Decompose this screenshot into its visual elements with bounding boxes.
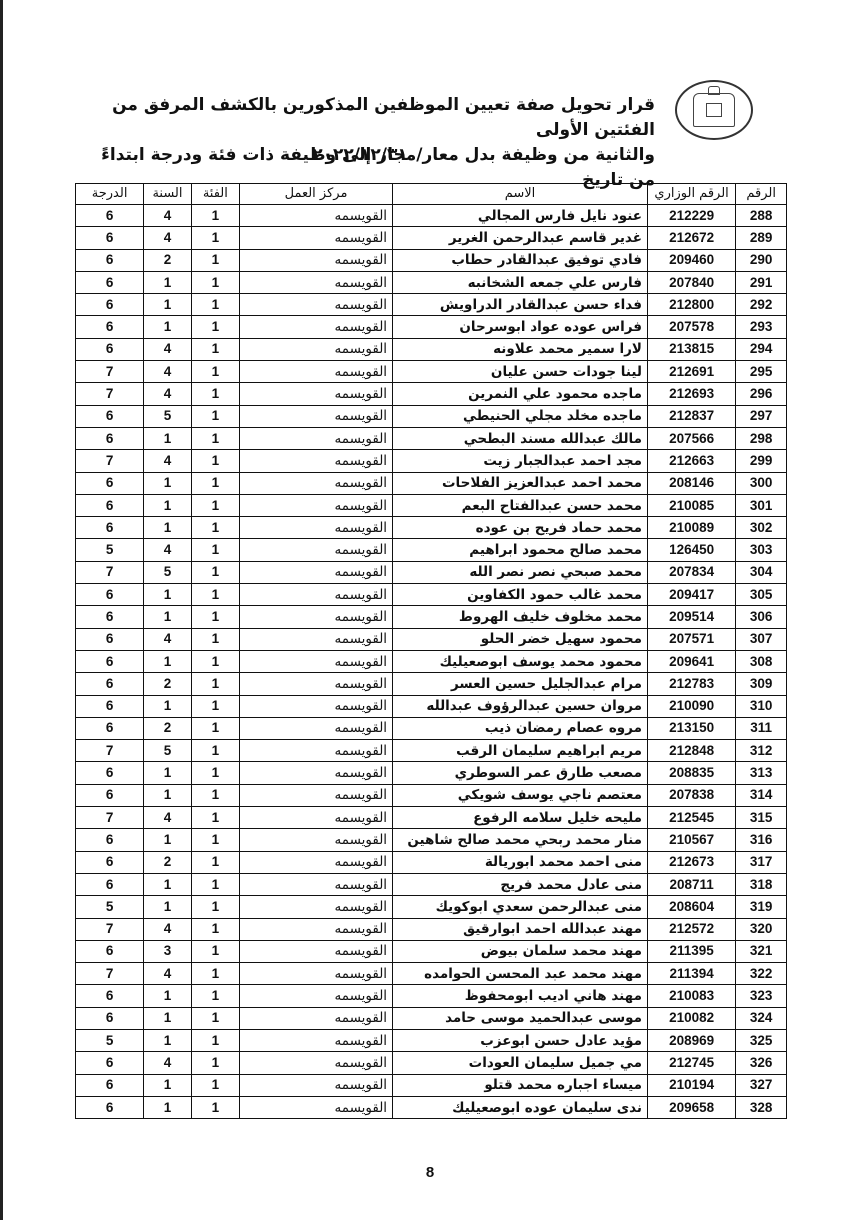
cell-grade: 6 [76, 829, 144, 851]
cell-grade: 6 [76, 205, 144, 227]
cell-index: 299 [736, 450, 787, 472]
cell-ministry-number: 210082 [647, 1007, 735, 1029]
cell-work-center: القويسمه [239, 650, 392, 672]
cell-category: 1 [191, 1052, 239, 1074]
cell-grade: 6 [76, 650, 144, 672]
cell-year: 1 [144, 784, 192, 806]
cell-ministry-number: 208835 [647, 762, 735, 784]
cell-ministry-number: 207840 [647, 271, 735, 293]
cell-grade: 6 [76, 784, 144, 806]
cell-name: محمد حسن عبدالفتاح البعم [393, 494, 648, 516]
cell-work-center: القويسمه [239, 873, 392, 895]
cell-ministry-number: 212848 [647, 740, 735, 762]
cell-grade: 6 [76, 1074, 144, 1096]
cell-index: 298 [736, 427, 787, 449]
cell-work-center: القويسمه [239, 1007, 392, 1029]
cell-grade: 5 [76, 539, 144, 561]
cell-work-center: القويسمه [239, 1052, 392, 1074]
cell-grade: 7 [76, 740, 144, 762]
cell-year: 1 [144, 606, 192, 628]
header-ministry-number: الرقم الوزاري [647, 184, 735, 205]
cell-category: 1 [191, 740, 239, 762]
table-row: 296212693ماجده محمود علي النمرينالقويسمه… [76, 383, 787, 405]
cell-grade: 7 [76, 963, 144, 985]
cell-name: فارس علي جمعه الشخانبه [393, 271, 648, 293]
cell-grade: 6 [76, 227, 144, 249]
cell-ministry-number: 209460 [647, 249, 735, 271]
cell-name: معتصم ناجي يوسف شويكي [393, 784, 648, 806]
cell-category: 1 [191, 539, 239, 561]
cell-year: 1 [144, 427, 192, 449]
cell-ministry-number: 207566 [647, 427, 735, 449]
cell-grade: 6 [76, 584, 144, 606]
cell-work-center: القويسمه [239, 896, 392, 918]
cell-ministry-number: 212673 [647, 851, 735, 873]
cell-name: ندى سليمان عوده ابوصعيليك [393, 1096, 648, 1118]
cell-category: 1 [191, 673, 239, 695]
cell-name: فداء حسن عبدالقادر الدراويش [393, 294, 648, 316]
table-row: 324210082موسى عبدالحميد موسى حامدالقويسم… [76, 1007, 787, 1029]
cell-category: 1 [191, 695, 239, 717]
cell-name: مريم ابراهيم سليمان الرقب [393, 740, 648, 762]
cell-category: 1 [191, 227, 239, 249]
cell-category: 1 [191, 494, 239, 516]
cell-ministry-number: 207834 [647, 561, 735, 583]
cell-year: 4 [144, 539, 192, 561]
cell-name: مروه عصام رمضان ذيب [393, 717, 648, 739]
page-number: 8 [415, 1164, 445, 1181]
cell-grade: 6 [76, 628, 144, 650]
table-row: 318208711منى عادل محمد فريجالقويسمه116 [76, 873, 787, 895]
cell-grade: 6 [76, 494, 144, 516]
cell-work-center: القويسمه [239, 450, 392, 472]
cell-index: 311 [736, 717, 787, 739]
table-row: 311213150مروه عصام رمضان ذيبالقويسمه126 [76, 717, 787, 739]
cell-name: محمود محمد يوسف ابوصعيليك [393, 650, 648, 672]
cell-year: 1 [144, 584, 192, 606]
cell-name: منى عبدالرحمن سعدي ابوكويك [393, 896, 648, 918]
table-row: 291207840فارس علي جمعه الشخانبهالقويسمه1… [76, 271, 787, 293]
cell-index: 323 [736, 985, 787, 1007]
table-row: 297212837ماجده مخلد مجلي الحنيطيالقويسمه… [76, 405, 787, 427]
cell-index: 305 [736, 584, 787, 606]
cell-index: 297 [736, 405, 787, 427]
cell-name: ماجده مخلد مجلي الحنيطي [393, 405, 648, 427]
header-name: الاسم [393, 184, 648, 205]
cell-index: 315 [736, 807, 787, 829]
cell-category: 1 [191, 940, 239, 962]
cell-category: 1 [191, 249, 239, 271]
cell-year: 1 [144, 985, 192, 1007]
title-line-1: قرار تحويل صفة تعيين الموظفين المذكورين … [100, 93, 655, 143]
cell-index: 304 [736, 561, 787, 583]
cell-name: ماجده محمود علي النمرين [393, 383, 648, 405]
cell-name: محمود سهيل خضر الحلو [393, 628, 648, 650]
cell-grade: 6 [76, 695, 144, 717]
cell-index: 293 [736, 316, 787, 338]
table-row: 307207571محمود سهيل خضر الحلوالقويسمه146 [76, 628, 787, 650]
table-row: 294213815لارا سمير محمد علاونهالقويسمه14… [76, 338, 787, 360]
table-row: 319208604منى عبدالرحمن سعدي ابوكويكالقوي… [76, 896, 787, 918]
cell-year: 1 [144, 494, 192, 516]
cell-index: 310 [736, 695, 787, 717]
table-row: 303126450محمد صالح محمود ابراهيمالقويسمه… [76, 539, 787, 561]
cell-index: 306 [736, 606, 787, 628]
cell-index: 288 [736, 205, 787, 227]
cell-year: 1 [144, 873, 192, 895]
cell-year: 1 [144, 650, 192, 672]
cell-grade: 5 [76, 896, 144, 918]
table-header-row: الرقم الرقم الوزاري الاسم مركز العمل الف… [76, 184, 787, 205]
cell-year: 1 [144, 472, 192, 494]
cell-work-center: القويسمه [239, 628, 392, 650]
cell-year: 1 [144, 762, 192, 784]
cell-index: 308 [736, 650, 787, 672]
cell-name: مصعب طارق عمر السوطري [393, 762, 648, 784]
cell-ministry-number: 209514 [647, 606, 735, 628]
table-row: 308209641محمود محمد يوسف ابوصعيليكالقويس… [76, 650, 787, 672]
cell-ministry-number: 212229 [647, 205, 735, 227]
header-category: الفئة [191, 184, 239, 205]
cell-grade: 7 [76, 383, 144, 405]
cell-category: 1 [191, 851, 239, 873]
table-row: 323210083مهند هاني اديب ابومحفوظالقويسمه… [76, 985, 787, 1007]
cell-index: 312 [736, 740, 787, 762]
table-row: 322211394مهند محمد عبد المحسن الحوامدهال… [76, 963, 787, 985]
cell-index: 303 [736, 539, 787, 561]
cell-ministry-number: 212800 [647, 294, 735, 316]
cell-work-center: القويسمه [239, 316, 392, 338]
cell-work-center: القويسمه [239, 472, 392, 494]
cell-year: 4 [144, 205, 192, 227]
cell-category: 1 [191, 271, 239, 293]
cell-name: مروان حسين عبدالرؤوف عبدالله [393, 695, 648, 717]
cell-index: 302 [736, 517, 787, 539]
cell-category: 1 [191, 472, 239, 494]
cell-grade: 6 [76, 338, 144, 360]
cell-index: 300 [736, 472, 787, 494]
cell-ministry-number: 210194 [647, 1074, 735, 1096]
cell-index: 326 [736, 1052, 787, 1074]
cell-ministry-number: 208604 [647, 896, 735, 918]
cell-index: 327 [736, 1074, 787, 1096]
cell-year: 4 [144, 383, 192, 405]
cell-category: 1 [191, 829, 239, 851]
cell-work-center: القويسمه [239, 361, 392, 383]
cell-name: منار محمد ربحي محمد صالح شاهين [393, 829, 648, 851]
table-row: 328209658ندى سليمان عوده ابوصعيليكالقويس… [76, 1096, 787, 1118]
cell-index: 309 [736, 673, 787, 695]
cell-work-center: القويسمه [239, 539, 392, 561]
table-row: 304207834محمد صبحي نصر نصر اللهالقويسمه1… [76, 561, 787, 583]
cell-ministry-number: 212545 [647, 807, 735, 829]
cell-grade: 7 [76, 807, 144, 829]
cell-name: مالك عبدالله مسند البطحي [393, 427, 648, 449]
cell-name: محمد صالح محمود ابراهيم [393, 539, 648, 561]
scan-page-edge [0, 0, 3, 1220]
cell-work-center: القويسمه [239, 584, 392, 606]
cell-name: فراس عوده عواد ابوسرحان [393, 316, 648, 338]
cell-index: 328 [736, 1096, 787, 1118]
table-row: 325208969مؤيد عادل حسن ابوعزبالقويسمه115 [76, 1029, 787, 1051]
cell-category: 1 [191, 205, 239, 227]
cell-name: مي جميل سليمان العودات [393, 1052, 648, 1074]
cell-ministry-number: 213150 [647, 717, 735, 739]
header-work-center: مركز العمل [239, 184, 392, 205]
table-row: 295212691لينا جودات حسن عليانالقويسمه147 [76, 361, 787, 383]
cell-work-center: القويسمه [239, 1074, 392, 1096]
cell-grade: 6 [76, 762, 144, 784]
cell-grade: 6 [76, 717, 144, 739]
cell-category: 1 [191, 873, 239, 895]
cell-grade: 6 [76, 316, 144, 338]
cell-ministry-number: 212572 [647, 918, 735, 940]
cell-ministry-number: 210083 [647, 985, 735, 1007]
cell-grade: 6 [76, 851, 144, 873]
cell-name: مهند محمد سلمان بيوض [393, 940, 648, 962]
cell-work-center: القويسمه [239, 383, 392, 405]
cell-work-center: القويسمه [239, 918, 392, 940]
cell-ministry-number: 212745 [647, 1052, 735, 1074]
cell-grade: 5 [76, 1029, 144, 1051]
table-row: 299212663مجد احمد عبدالجبار زيتالقويسمه1… [76, 450, 787, 472]
cell-name: مليحه خليل سلامه الرفوع [393, 807, 648, 829]
cell-year: 4 [144, 227, 192, 249]
cell-work-center: القويسمه [239, 963, 392, 985]
cell-grade: 7 [76, 561, 144, 583]
cell-ministry-number: 207571 [647, 628, 735, 650]
government-seal-icon [675, 80, 753, 140]
cell-work-center: القويسمه [239, 405, 392, 427]
cell-work-center: القويسمه [239, 695, 392, 717]
cell-work-center: القويسمه [239, 717, 392, 739]
cell-year: 1 [144, 896, 192, 918]
cell-year: 4 [144, 361, 192, 383]
cell-ministry-number: 207578 [647, 316, 735, 338]
cell-index: 292 [736, 294, 787, 316]
cell-grade: 6 [76, 249, 144, 271]
cell-year: 3 [144, 940, 192, 962]
cell-category: 1 [191, 584, 239, 606]
cell-year: 1 [144, 271, 192, 293]
cell-ministry-number: 212693 [647, 383, 735, 405]
cell-work-center: القويسمه [239, 271, 392, 293]
cell-ministry-number: 212783 [647, 673, 735, 695]
table-row: 300208146محمد احمد عبدالعزيز الفلاحاتالق… [76, 472, 787, 494]
cell-grade: 6 [76, 472, 144, 494]
cell-year: 5 [144, 405, 192, 427]
cell-index: 321 [736, 940, 787, 962]
cell-grade: 6 [76, 873, 144, 895]
cell-index: 290 [736, 249, 787, 271]
cell-year: 4 [144, 628, 192, 650]
cell-grade: 6 [76, 271, 144, 293]
cell-work-center: القويسمه [239, 740, 392, 762]
cell-year: 4 [144, 338, 192, 360]
cell-ministry-number: 210567 [647, 829, 735, 851]
cell-category: 1 [191, 294, 239, 316]
cell-ministry-number: 208146 [647, 472, 735, 494]
cell-year: 5 [144, 740, 192, 762]
cell-ministry-number: 210089 [647, 517, 735, 539]
cell-year: 1 [144, 1007, 192, 1029]
document-title: قرار تحويل صفة تعيين الموظفين المذكورين … [100, 93, 655, 193]
cell-grade: 6 [76, 1007, 144, 1029]
cell-index: 318 [736, 873, 787, 895]
cell-work-center: القويسمه [239, 851, 392, 873]
cell-category: 1 [191, 1029, 239, 1051]
cell-work-center: القويسمه [239, 1029, 392, 1051]
table-row: 305209417محمد غالب حمود الكفاوينالقويسمه… [76, 584, 787, 606]
table-row: 327210194ميساء اجباره محمد قتلوالقويسمه1… [76, 1074, 787, 1096]
cell-index: 294 [736, 338, 787, 360]
cell-ministry-number: 126450 [647, 539, 735, 561]
cell-category: 1 [191, 896, 239, 918]
cell-work-center: القويسمه [239, 606, 392, 628]
cell-year: 2 [144, 673, 192, 695]
cell-name: غدير قاسم عبدالرحمن الغرير [393, 227, 648, 249]
cell-grade: 6 [76, 294, 144, 316]
cell-name: منى احمد محمد ابوريالة [393, 851, 648, 873]
cell-category: 1 [191, 985, 239, 1007]
cell-category: 1 [191, 1096, 239, 1118]
cell-category: 1 [191, 338, 239, 360]
cell-category: 1 [191, 918, 239, 940]
cell-name: مجد احمد عبدالجبار زيت [393, 450, 648, 472]
cell-index: 291 [736, 271, 787, 293]
cell-year: 4 [144, 807, 192, 829]
cell-name: عنود نايل فارس المجالي [393, 205, 648, 227]
cell-name: محمد احمد عبدالعزيز الفلاحات [393, 472, 648, 494]
cell-index: 320 [736, 918, 787, 940]
cell-year: 4 [144, 1052, 192, 1074]
cell-grade: 7 [76, 361, 144, 383]
cell-category: 1 [191, 427, 239, 449]
table-row: 302210089محمد حماد فريح بن عودهالقويسمه1… [76, 517, 787, 539]
cell-index: 295 [736, 361, 787, 383]
cell-ministry-number: 211395 [647, 940, 735, 962]
cell-grade: 6 [76, 606, 144, 628]
cell-work-center: القويسمه [239, 427, 392, 449]
cell-grade: 6 [76, 673, 144, 695]
cell-category: 1 [191, 1074, 239, 1096]
cell-index: 313 [736, 762, 787, 784]
table-row: 321211395مهند محمد سلمان بيوضالقويسمه136 [76, 940, 787, 962]
cell-work-center: القويسمه [239, 762, 392, 784]
cell-name: منى عادل محمد فريج [393, 873, 648, 895]
table-row: 298207566مالك عبدالله مسند البطحيالقويسم… [76, 427, 787, 449]
table-row: 292212800فداء حسن عبدالقادر الدراويشالقو… [76, 294, 787, 316]
cell-name: مؤيد عادل حسن ابوعزب [393, 1029, 648, 1051]
cell-work-center: القويسمه [239, 338, 392, 360]
cell-category: 1 [191, 762, 239, 784]
cell-index: 322 [736, 963, 787, 985]
cell-name: فادي توفيق عبدالقادر حطاب [393, 249, 648, 271]
cell-year: 2 [144, 851, 192, 873]
cell-year: 5 [144, 561, 192, 583]
cell-category: 1 [191, 450, 239, 472]
cell-grade: 7 [76, 450, 144, 472]
cell-ministry-number: 212691 [647, 361, 735, 383]
table-row: 288212229عنود نايل فارس المجاليالقويسمه1… [76, 205, 787, 227]
cell-work-center: القويسمه [239, 829, 392, 851]
cell-category: 1 [191, 807, 239, 829]
cell-category: 1 [191, 383, 239, 405]
cell-grade: 6 [76, 985, 144, 1007]
cell-work-center: القويسمه [239, 940, 392, 962]
header-year: السنة [144, 184, 192, 205]
cell-ministry-number: 210090 [647, 695, 735, 717]
cell-year: 1 [144, 1029, 192, 1051]
cell-year: 1 [144, 829, 192, 851]
cell-index: 316 [736, 829, 787, 851]
cell-index: 307 [736, 628, 787, 650]
cell-grade: 6 [76, 427, 144, 449]
employee-table: الرقم الرقم الوزاري الاسم مركز العمل الف… [75, 183, 787, 1119]
cell-work-center: القويسمه [239, 494, 392, 516]
cell-category: 1 [191, 361, 239, 383]
cell-ministry-number: 208711 [647, 873, 735, 895]
cell-name: موسى عبدالحميد موسى حامد [393, 1007, 648, 1029]
cell-category: 1 [191, 784, 239, 806]
cell-year: 1 [144, 695, 192, 717]
cell-name: مهند هاني اديب ابومحفوظ [393, 985, 648, 1007]
cell-index: 317 [736, 851, 787, 873]
cell-ministry-number: 208969 [647, 1029, 735, 1051]
cell-year: 2 [144, 717, 192, 739]
cell-work-center: القويسمه [239, 673, 392, 695]
cell-work-center: القويسمه [239, 294, 392, 316]
cell-category: 1 [191, 561, 239, 583]
cell-index: 301 [736, 494, 787, 516]
cell-ministry-number: 211394 [647, 963, 735, 985]
cell-grade: 7 [76, 918, 144, 940]
cell-name: مهند محمد عبد المحسن الحوامده [393, 963, 648, 985]
cell-ministry-number: 210085 [647, 494, 735, 516]
table-body: 288212229عنود نايل فارس المجاليالقويسمه1… [76, 205, 787, 1119]
cell-index: 314 [736, 784, 787, 806]
cell-index: 319 [736, 896, 787, 918]
cell-year: 4 [144, 918, 192, 940]
cell-category: 1 [191, 963, 239, 985]
cell-name: لارا سمير محمد علاونه [393, 338, 648, 360]
cell-year: 1 [144, 517, 192, 539]
table-row: 320212572مهند عبدالله احمد ابوارقيقالقوي… [76, 918, 787, 940]
cell-index: 325 [736, 1029, 787, 1051]
cell-year: 2 [144, 249, 192, 271]
cell-work-center: القويسمه [239, 807, 392, 829]
cell-ministry-number: 212837 [647, 405, 735, 427]
cell-work-center: القويسمه [239, 561, 392, 583]
cell-work-center: القويسمه [239, 517, 392, 539]
cell-work-center: القويسمه [239, 1096, 392, 1118]
cell-name: محمد مخلوف خليف الهروط [393, 606, 648, 628]
cell-year: 1 [144, 294, 192, 316]
cell-ministry-number: 212663 [647, 450, 735, 472]
cell-year: 4 [144, 963, 192, 985]
cell-work-center: القويسمه [239, 249, 392, 271]
header-grade: الدرجة [76, 184, 144, 205]
cell-year: 1 [144, 316, 192, 338]
table-row: 315212545مليحه خليل سلامه الرفوعالقويسمه… [76, 807, 787, 829]
header-index: الرقم [736, 184, 787, 205]
cell-ministry-number: 209641 [647, 650, 735, 672]
cell-name: محمد حماد فريح بن عوده [393, 517, 648, 539]
table-row: 306209514محمد مخلوف خليف الهروطالقويسمه1… [76, 606, 787, 628]
cell-index: 289 [736, 227, 787, 249]
table-row: 312212848مريم ابراهيم سليمان الرقبالقويس… [76, 740, 787, 762]
table-row: 317212673منى احمد محمد ابوريالةالقويسمه1… [76, 851, 787, 873]
